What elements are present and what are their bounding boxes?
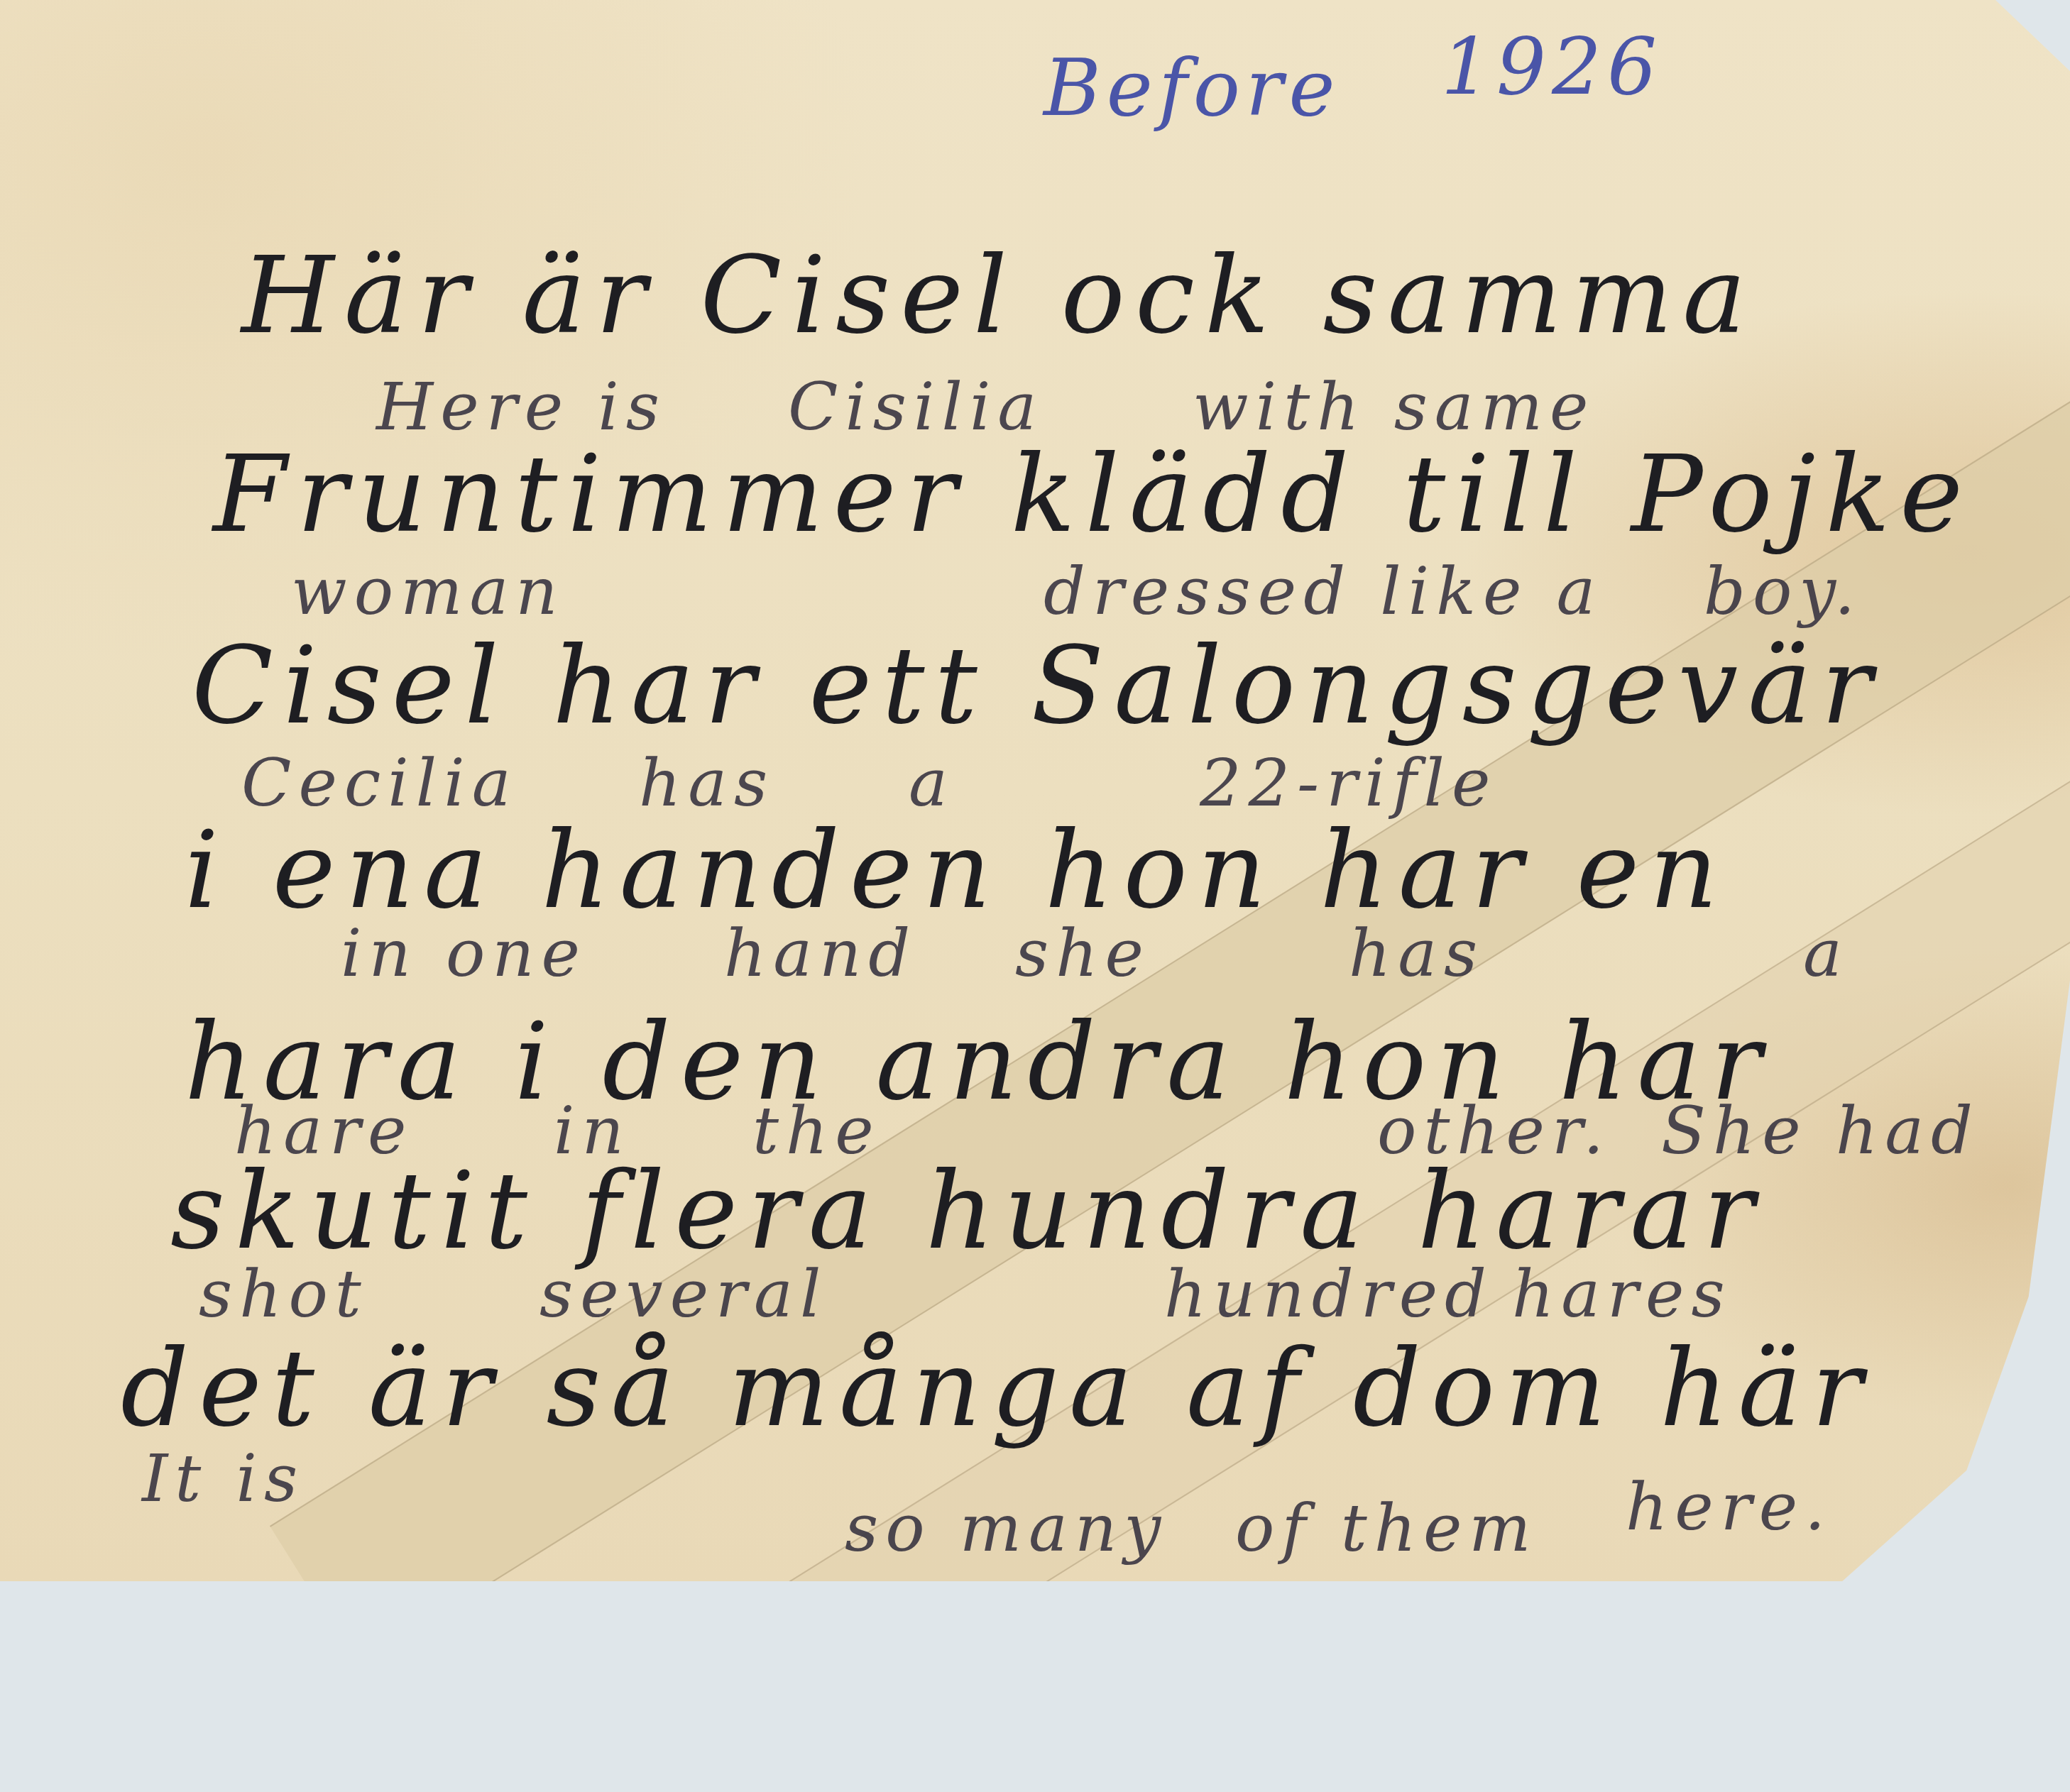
annotation-before: Before bbox=[1044, 43, 1341, 133]
translation-word: woman bbox=[291, 554, 564, 630]
translation-word: hundred bbox=[1164, 1256, 1494, 1332]
translation-word: she bbox=[1015, 916, 1151, 991]
annotation-year: 1926 bbox=[1441, 21, 1663, 112]
translation-word: here. bbox=[1626, 1469, 1832, 1545]
translation-word: in one bbox=[341, 916, 587, 991]
english-line-4: in one hand she has a bbox=[0, 916, 2070, 1001]
translation-word: boy. bbox=[1704, 554, 1862, 630]
swedish-line-4: i ena handen hon har en bbox=[185, 809, 1728, 933]
swedish-line-2: Fruntimmer klädd till Pojke bbox=[213, 433, 1973, 556]
swedish-line-6: skutit flera hundra harar bbox=[170, 1150, 1764, 1273]
translation-word: so many bbox=[845, 1490, 1168, 1566]
translation-word: several bbox=[540, 1256, 828, 1332]
translation-word: dressed like a bbox=[1044, 554, 1602, 630]
translation-word: of them bbox=[1235, 1490, 1538, 1566]
translation-word: a bbox=[1803, 916, 1849, 991]
date-annotation: Before bbox=[1044, 43, 1341, 133]
translation-word: shot bbox=[199, 1256, 368, 1332]
swedish-line-1: Här är Cisel ock samma bbox=[241, 234, 1756, 358]
translation-word: hares bbox=[1512, 1256, 1732, 1332]
year-annotation: 1926 bbox=[1441, 21, 1663, 112]
english-line-7: It is so many of them here. bbox=[0, 1441, 2070, 1554]
swedish-line-3: Cisel har ett Salongsgevär bbox=[192, 625, 1882, 748]
translation-word: It is bbox=[142, 1441, 305, 1517]
translation-word: has bbox=[1349, 916, 1484, 991]
swedish-line-7: det är så många af dom här bbox=[121, 1327, 1873, 1451]
photo-card-back: Before 1926 Här är Cisel ock samma Here … bbox=[0, 0, 2070, 1581]
translation-word: hand bbox=[724, 916, 917, 991]
